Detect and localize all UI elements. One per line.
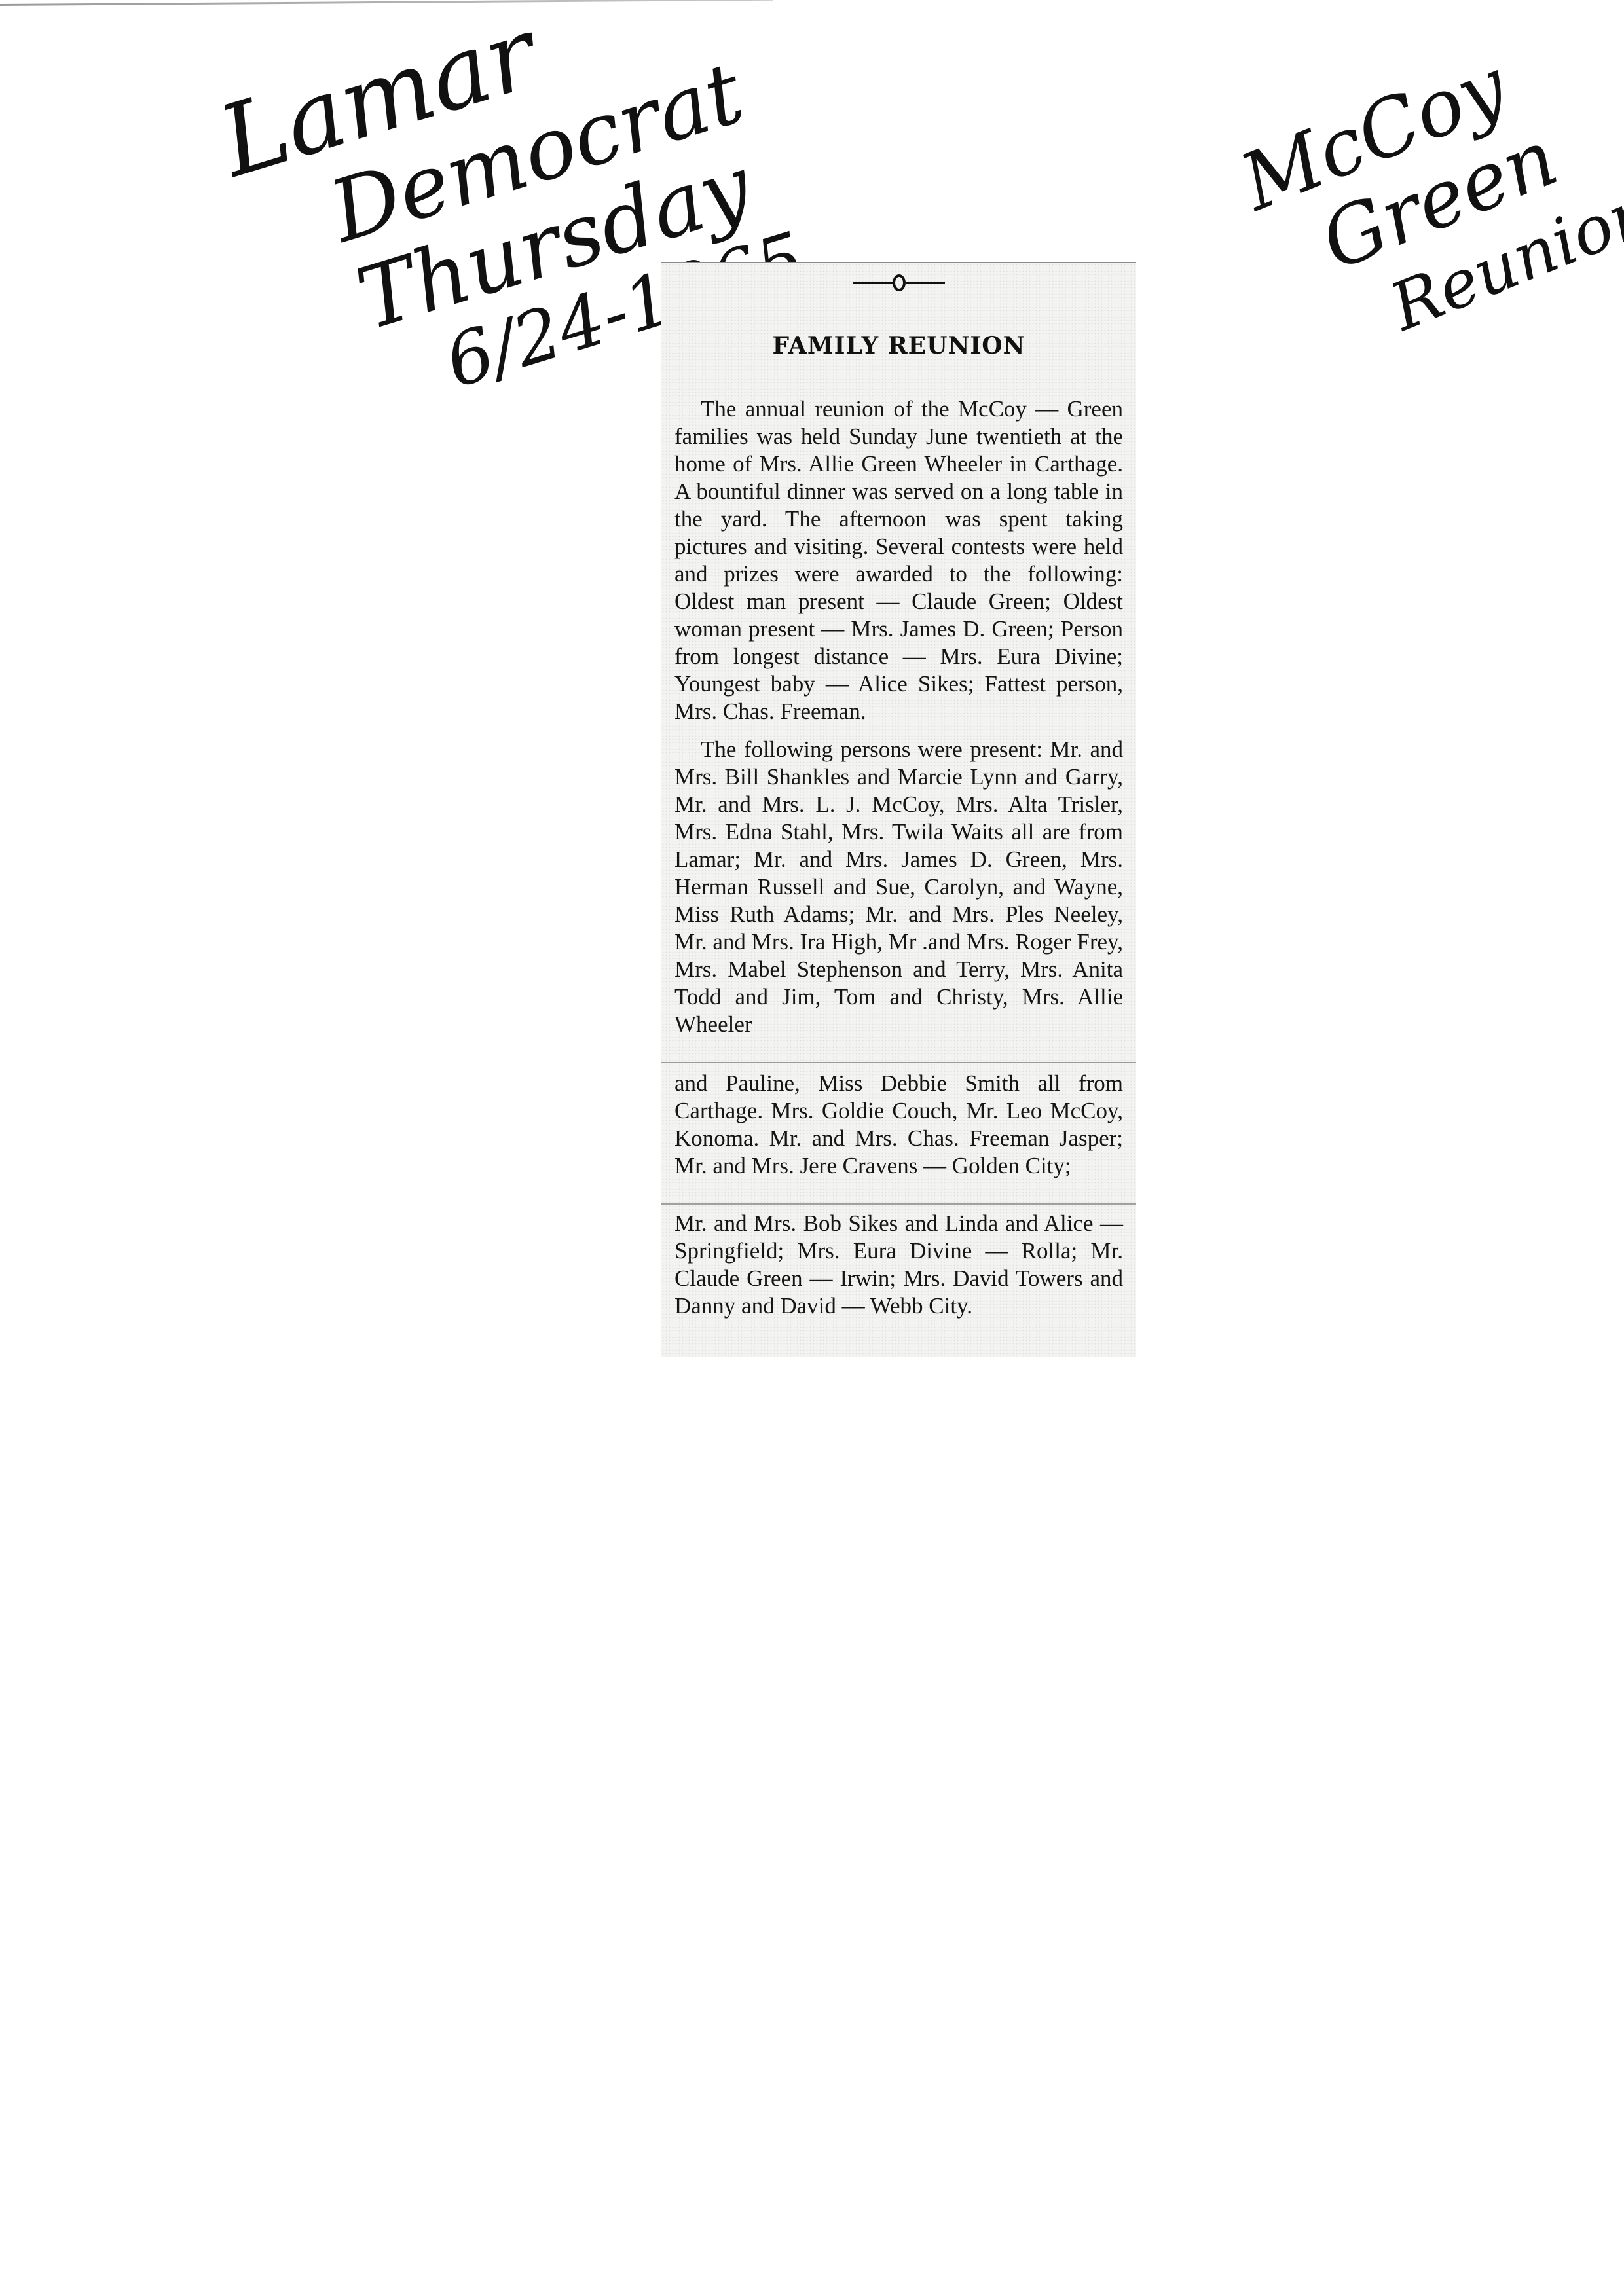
article-paragraph: The following persons were present: Mr. …: [674, 736, 1123, 1038]
handwritten-topic-note: McCoy Green Reunion: [1231, 13, 1624, 375]
article-paragraph: The annual reunion of the McCoy — Green …: [674, 395, 1123, 725]
article-paragraph: and Pauline, Miss Debbie Smith all from …: [674, 1070, 1123, 1180]
ornament-divider-icon: [674, 270, 1123, 296]
newspaper-clipping-segment: Mr. and Mrs. Bob Sikes and Linda and Ali…: [661, 1203, 1136, 1357]
newspaper-clipping: FAMILY REUNION The annual reunion of the…: [661, 262, 1136, 1088]
article-headline: FAMILY REUNION: [674, 332, 1123, 359]
article-paragraph: Mr. and Mrs. Bob Sikes and Linda and Ali…: [674, 1210, 1123, 1320]
